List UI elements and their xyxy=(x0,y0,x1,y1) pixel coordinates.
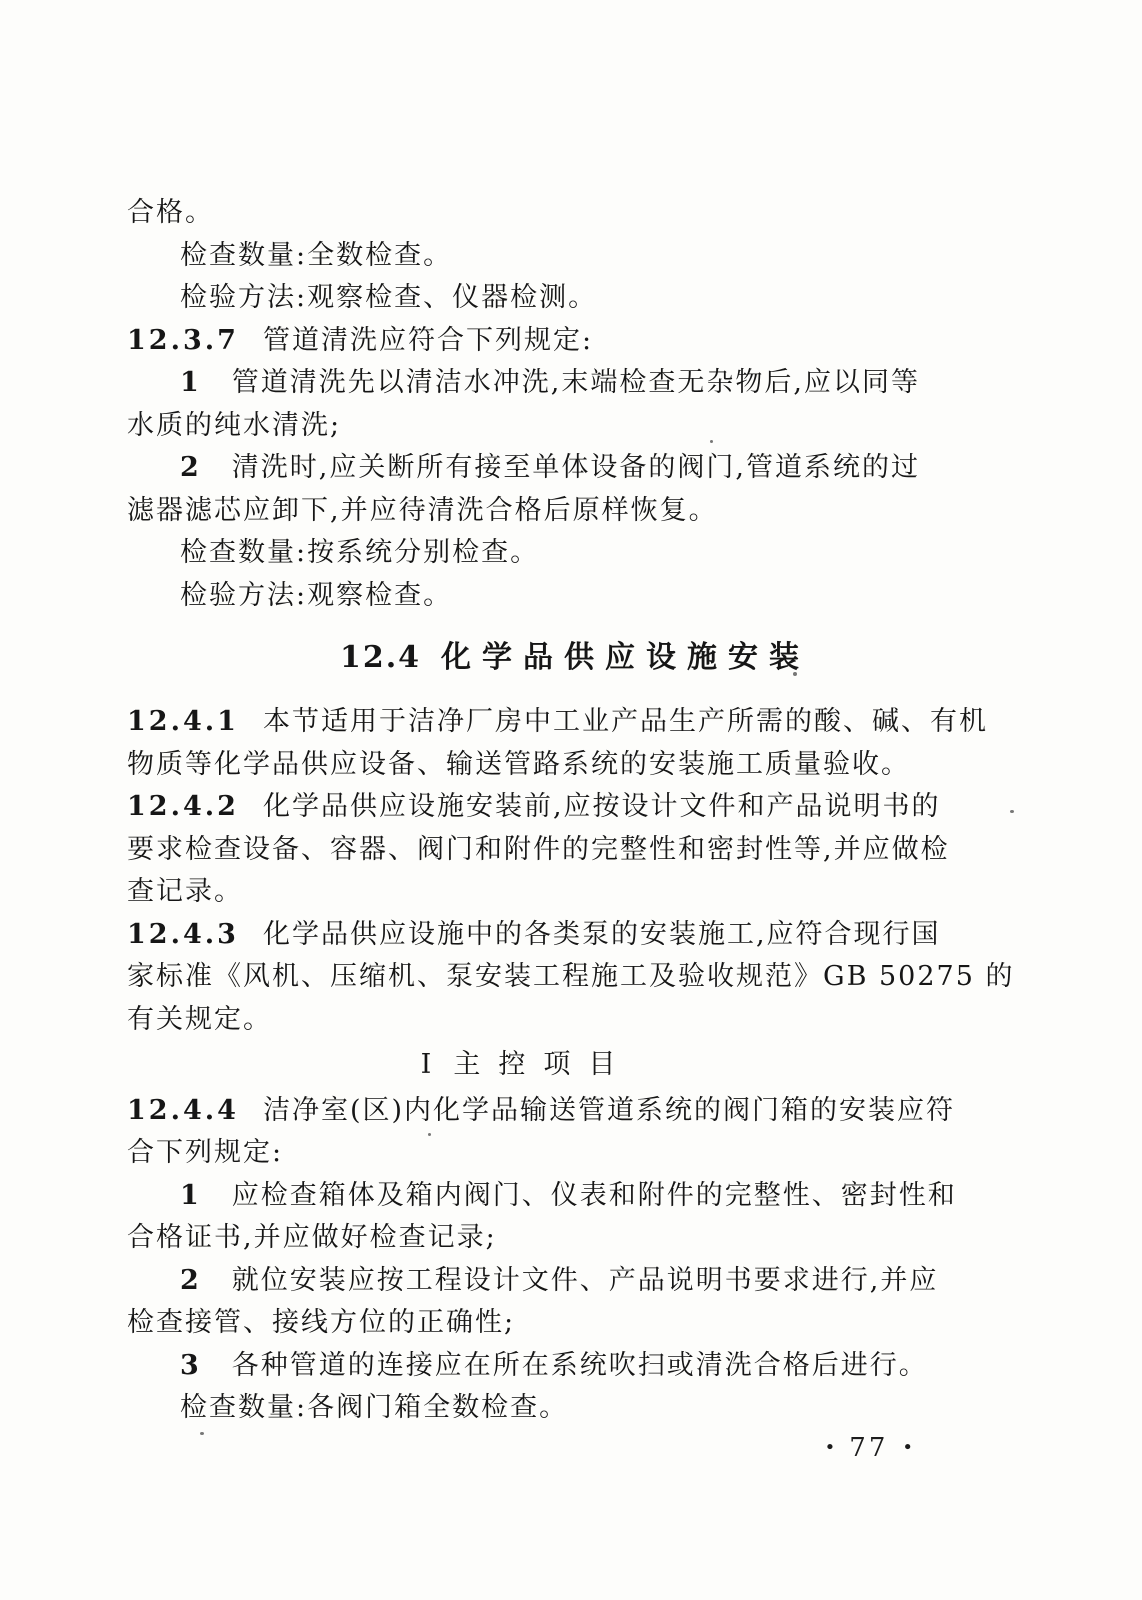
text-line: 水质的纯水清洗; xyxy=(127,405,927,448)
clause-line: 12.4.1本节适用于洁净厂房中工业产品生产所需的酸、碱、有机 xyxy=(127,701,927,744)
clause-number: 12.3.7 xyxy=(127,325,239,356)
clause-number: 12.4.1 xyxy=(127,706,239,737)
clause-line: 12.3.7管道清洗应符合下列规定: xyxy=(127,320,927,363)
clause-text: 本节适用于洁净厂房中工业产品生产所需的酸、碱、有机 xyxy=(263,706,988,737)
clause-text: 化学品供应设施安装前,应按设计文件和产品说明书的 xyxy=(263,791,941,822)
text-line: 检查数量:全数检查。 xyxy=(127,235,927,278)
text-line: 要求检查设备、容器、阀门和附件的完整性和密封性等,并应做检 xyxy=(127,829,927,872)
text-line: 检验方法:观察检查。 xyxy=(127,575,927,618)
text-line: 合下列规定: xyxy=(127,1132,927,1175)
clause-text: 化学品供应设施中的各类泵的安装施工,应符合现行国 xyxy=(263,919,941,950)
text-line: 合格证书,并应做好检查记录; xyxy=(127,1217,927,1260)
item-text: 各种管道的连接应在所在系统吹扫或清洗合格后进行。 xyxy=(232,1350,928,1381)
list-item: 1管道清洗先以清洁水冲洗,末端检查无杂物后,应以同等 xyxy=(127,362,927,405)
text-line: 检查数量:按系统分别检查。 xyxy=(127,532,927,575)
text-line: 检验方法:观察检查、仪器检测。 xyxy=(127,277,927,320)
text-block: 合格。 检查数量:全数检查。 检验方法:观察检查、仪器检测。 12.3.7管道清… xyxy=(127,192,927,1430)
section-title: 化学品供应设施安装 xyxy=(441,640,810,675)
section-heading: 12.4化学品供应设施安装 xyxy=(175,635,975,681)
clause-number: 12.4.4 xyxy=(127,1095,239,1126)
text-line: 家标准《风机、压缩机、泵安装工程施工及验收规范》GB 50275 的 xyxy=(127,956,927,999)
subsection-numeral: Ⅰ xyxy=(421,1049,432,1080)
list-item: 2清洗时,应关断所有接至单体设备的阀门,管道系统的过 xyxy=(127,447,927,490)
footer-left-bullet: • xyxy=(825,1437,836,1458)
item-text: 管道清洗先以清洁水冲洗,末端检查无杂物后,应以同等 xyxy=(232,367,920,398)
clause-number: 12.4.2 xyxy=(127,791,239,822)
clause-line: 12.4.2化学品供应设施安装前,应按设计文件和产品说明书的 xyxy=(127,786,927,829)
subsection-title: 主控项目 xyxy=(453,1049,633,1080)
list-item: 3各种管道的连接应在所在系统吹扫或清洗合格后进行。 xyxy=(127,1345,927,1388)
item-number: 3 xyxy=(180,1350,199,1381)
list-item: 1应检查箱体及箱内阀门、仪表和附件的完整性、密封性和 xyxy=(127,1175,927,1218)
item-number: 1 xyxy=(180,367,199,398)
text-line: 物质等化学品供应设备、输送管路系统的安装施工质量验收。 xyxy=(127,744,927,787)
text-line: 滤器滤芯应卸下,并应待清洗合格后原样恢复。 xyxy=(127,490,927,533)
item-text: 清洗时,应关断所有接至单体设备的阀门,管道系统的过 xyxy=(232,452,920,483)
clause-line: 12.4.3化学品供应设施中的各类泵的安装施工,应符合现行国 xyxy=(127,914,927,957)
item-text: 就位安装应按工程设计文件、产品说明书要求进行,并应 xyxy=(232,1265,939,1296)
footer-right-bullet: • xyxy=(902,1437,913,1458)
text-line: 检查数量:各阀门箱全数检查。 xyxy=(127,1387,927,1430)
clause-line: 12.4.4洁净室(区)内化学品输送管道系统的阀门箱的安装应符 xyxy=(127,1090,927,1133)
item-number: 2 xyxy=(180,452,199,483)
text-line: 检查接管、接线方位的正确性; xyxy=(127,1302,927,1345)
text-line: 合格。 xyxy=(127,192,927,235)
scan-artifact-dot xyxy=(793,672,797,676)
clause-text: 管道清洗应符合下列规定: xyxy=(263,325,593,356)
footer: •77• xyxy=(127,1430,939,1466)
section-number: 12.4 xyxy=(340,640,421,675)
item-number: 1 xyxy=(180,1180,199,1211)
scan-artifact-dot xyxy=(200,1432,204,1435)
text-line: 有关规定。 xyxy=(127,999,927,1042)
item-text: 应检查箱体及箱内阀门、仪表和附件的完整性、密封性和 xyxy=(232,1180,957,1211)
scan-artifact-dot xyxy=(1010,810,1014,813)
list-item: 2就位安装应按工程设计文件、产品说明书要求进行,并应 xyxy=(127,1260,927,1303)
clause-text: 洁净室(区)内化学品输送管道系统的阀门箱的安装应符 xyxy=(263,1095,955,1126)
clause-number: 12.4.3 xyxy=(127,919,239,950)
scan-artifact-dot xyxy=(710,440,713,443)
scan-artifact-dot xyxy=(428,1133,431,1136)
page-number: 77 xyxy=(849,1433,888,1463)
subsection-heading: Ⅰ主控项目 xyxy=(127,1044,927,1087)
document-page: 合格。 检查数量:全数检查。 检验方法:观察检查、仪器检测。 12.3.7管道清… xyxy=(0,0,1142,1600)
text-line: 查记录。 xyxy=(127,871,927,914)
item-number: 2 xyxy=(180,1265,199,1296)
